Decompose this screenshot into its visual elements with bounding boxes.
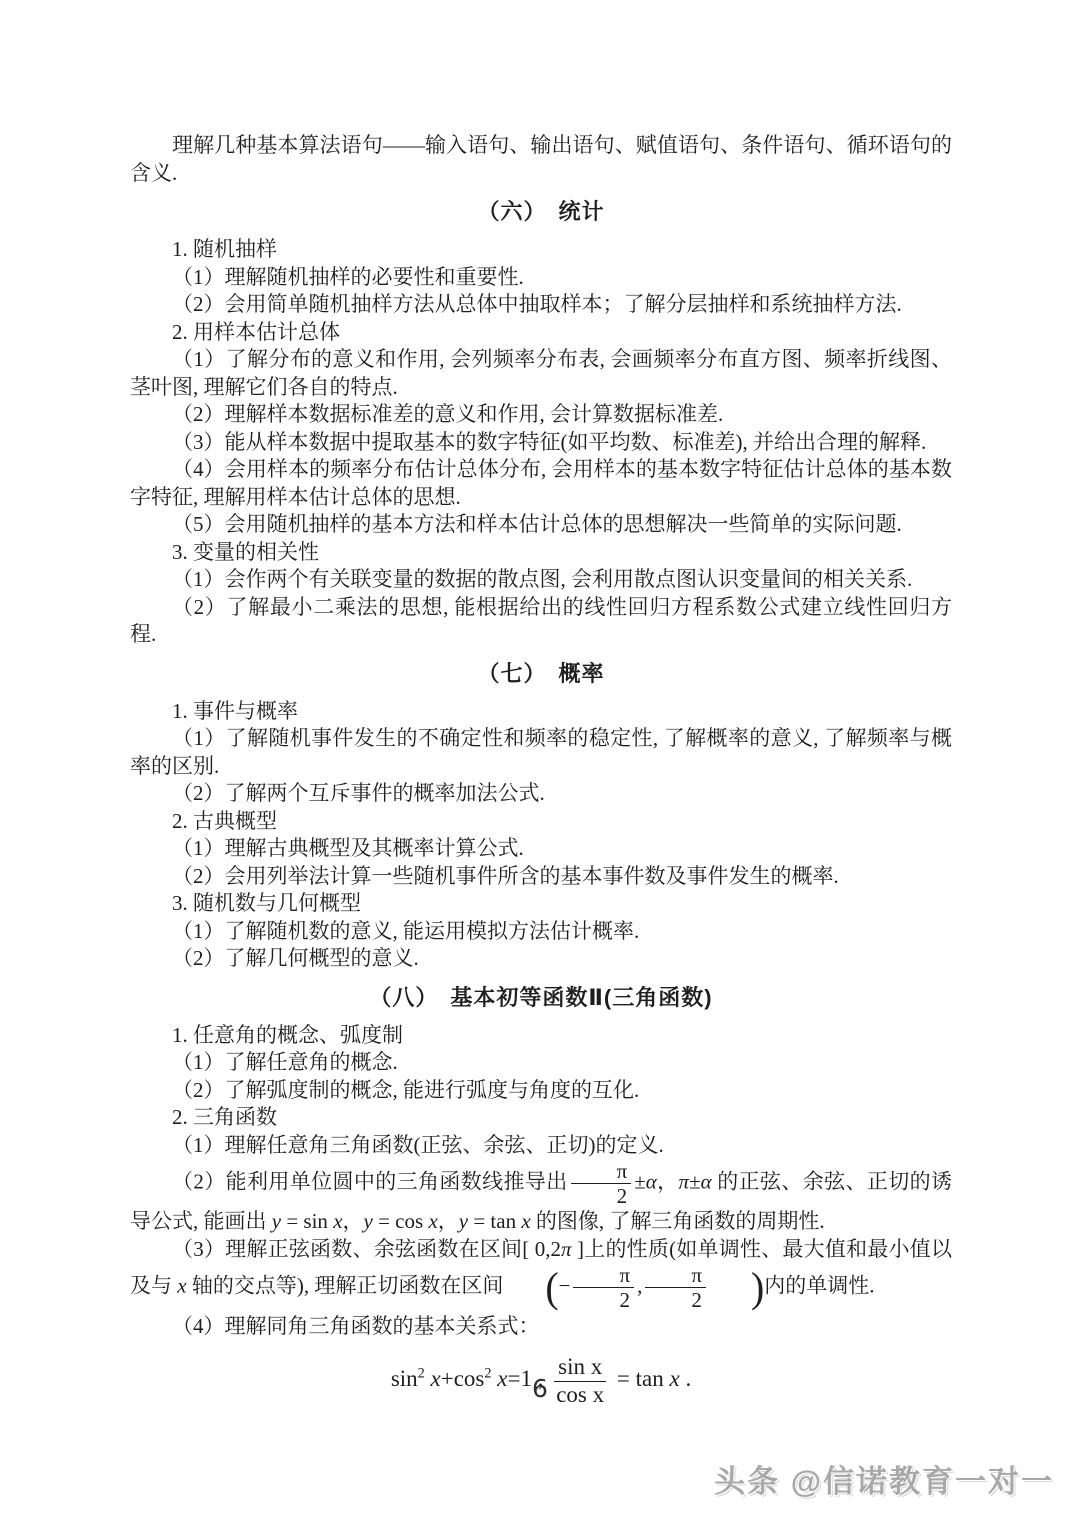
paragraph: （4）理解同角三角函数的基本关系式： bbox=[130, 1313, 952, 1341]
paragraph: （2）理解样本数据标准差的意义和作用, 会计算数据标准差. bbox=[130, 401, 952, 429]
paragraph: 2. 用样本估计总体 bbox=[130, 319, 952, 347]
paragraph: （4）会用样本的频率分布估计总体分布, 会用样本的基本数字特征估计总体的基本数字… bbox=[130, 456, 952, 511]
page-number: 6 bbox=[0, 1374, 1080, 1403]
paragraph: （1）理解随机抽样的必要性和重要性. bbox=[130, 264, 952, 292]
paragraph: （2）能利用单位圆中的三角函数线推导出π2±α，π±α 的正弦、余弦、正切的诱导… bbox=[130, 1159, 952, 1236]
big-paren-right: ) bbox=[709, 1267, 764, 1309]
paragraph: （1）了解随机数的意义, 能运用模拟方法估计概率. bbox=[130, 918, 952, 946]
fraction: π2 bbox=[573, 1263, 634, 1312]
paragraph: 3. 随机数与几何概型 bbox=[130, 890, 952, 918]
math-variable: α bbox=[646, 1169, 657, 1193]
document-blocks: 理解几种基本算法语句——输入语句、输出语句、赋值语句、条件语句、循环语句的含义.… bbox=[130, 132, 952, 1416]
paragraph: 3. 变量的相关性 bbox=[130, 539, 952, 567]
watermark: 头条 @信诺教育一对一 bbox=[714, 1456, 1054, 1501]
paragraph: （2）会用简单随机抽样方法从总体中抽取样本；了解分层抽样和系统抽样方法. bbox=[130, 291, 952, 319]
math-variable: π bbox=[679, 1169, 690, 1193]
math-variable: x bbox=[177, 1274, 186, 1298]
paragraph: （1）了解分布的意义和作用, 会列频率分布表, 会画频率分布直方图、频率折线图、… bbox=[130, 346, 952, 401]
section-heading: （六） 统计 bbox=[130, 197, 952, 227]
math-variable: y bbox=[459, 1209, 468, 1233]
paragraph: （1）了解随机事件发生的不确定性和频率的稳定性, 了解概率的意义, 了解频率与概… bbox=[130, 725, 952, 780]
math-variable: α bbox=[701, 1169, 712, 1193]
paragraph: （2）了解几何概型的意义. bbox=[130, 945, 952, 973]
paragraph: 2. 三角函数 bbox=[130, 1104, 952, 1132]
paragraph: （2）了解最小二乘法的思想, 能根据给出的线性回归方程系数公式建立线性回归方程. bbox=[130, 594, 952, 649]
paragraph: （1）理解古典概型及其概率计算公式. bbox=[130, 835, 952, 863]
fraction: π2 bbox=[645, 1263, 706, 1312]
paragraph: （3）能从样本数据中提取基本的数字特征(如平均数、标准差), 并给出合理的解释. bbox=[130, 429, 952, 457]
paragraph: （1）理解任意角三角函数(正弦、余弦、正切)的定义. bbox=[130, 1132, 952, 1160]
math-variable: y bbox=[364, 1209, 373, 1233]
paragraph: （5）会用随机抽样的基本方法和样本估计总体的思想解决一些简单的实际问题. bbox=[130, 511, 952, 539]
paragraph: （1）会作两个有关联变量的数据的散点图, 会利用散点图认识变量间的相关关系. bbox=[130, 566, 952, 594]
section-heading: （七） 概率 bbox=[130, 659, 952, 689]
math-variable: x bbox=[333, 1209, 342, 1233]
document-page: 理解几种基本算法语句——输入语句、输出语句、赋值语句、条件语句、循环语句的含义.… bbox=[0, 0, 1080, 1527]
paragraph: （2）会用列举法计算一些随机事件所含的基本事件数及事件发生的概率. bbox=[130, 863, 952, 891]
paragraph: 1. 任意角的概念、弧度制 bbox=[130, 1022, 952, 1050]
math-variable: π bbox=[561, 1237, 572, 1261]
paragraph: 1. 随机抽样 bbox=[130, 236, 952, 264]
paragraph: 1. 事件与概率 bbox=[130, 698, 952, 726]
paragraph: （3）理解正弦函数、余弦函数在区间[ 0,2π ]上的性质(如单调性、最大值和最… bbox=[130, 1236, 952, 1313]
paragraph: 理解几种基本算法语句——输入语句、输出语句、赋值语句、条件语句、循环语句的含义. bbox=[130, 132, 952, 187]
paragraph: （1）了解任意角的概念. bbox=[130, 1049, 952, 1077]
big-paren-left: ( bbox=[503, 1267, 558, 1309]
math-variable: y bbox=[272, 1209, 281, 1233]
section-heading: （八） 基本初等函数Ⅱ(三角函数) bbox=[130, 983, 952, 1013]
paragraph: （2）了解两个互斥事件的概率加法公式. bbox=[130, 780, 952, 808]
math-variable: x bbox=[521, 1209, 530, 1233]
math-variable: x bbox=[428, 1209, 437, 1233]
paragraph: （2）了解弧度制的概念, 能进行弧度与角度的互化. bbox=[130, 1077, 952, 1105]
paragraph: 2. 古典概型 bbox=[130, 808, 952, 836]
fraction: π2 bbox=[571, 1159, 632, 1208]
